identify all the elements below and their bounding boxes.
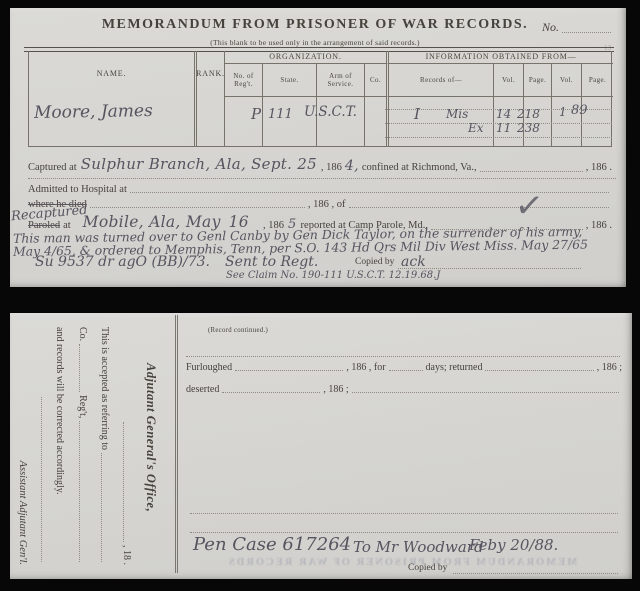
- side-date-suffix: , 18 .: [121, 545, 132, 565]
- hw-page-1a: 218: [517, 107, 540, 121]
- furloughed-year-for: , 186 , for: [346, 362, 385, 373]
- number-leader: [562, 31, 611, 33]
- hw-note-line-3b: Sent to Regt.: [225, 254, 318, 270]
- accepted-leader: [101, 453, 103, 562]
- hw-page-2a: 238: [517, 121, 540, 135]
- deserted-label: deserted: [186, 384, 219, 395]
- col-header-co: Co.: [364, 64, 386, 97]
- records-guide-line: [385, 137, 612, 138]
- furloughed-leader-2: [485, 369, 593, 371]
- captured-confined: confined at Richmond, Va.,: [362, 162, 477, 173]
- deserted-year-end: , 186 ;: [323, 384, 348, 395]
- side-regt-label: Reg't,: [77, 395, 88, 418]
- col-header-arm: Arm of Service.: [316, 64, 364, 97]
- hw-see-claim: See Claim No. 190-111 U.S.C.T. 12.19.68.…: [226, 270, 440, 281]
- hw-captured-year: 4,: [345, 158, 359, 174]
- signature-leader: [41, 397, 43, 562]
- hw-regiment: 111: [268, 107, 293, 122]
- checkmark-annotation: ✓: [513, 185, 546, 228]
- hw-date: Feby 20/88.: [469, 536, 558, 554]
- captured-label: Captured at: [28, 162, 77, 173]
- continuation-top-line: [186, 356, 620, 357]
- record-continued-label: (Record continued.): [188, 327, 288, 334]
- accepted-label: This is accepted as referring to: [99, 327, 110, 450]
- hw-copied-by-initials: ack: [401, 254, 426, 270]
- cell-rank: [194, 97, 224, 146]
- furloughed-year-end: , 186 ;: [597, 362, 622, 373]
- scanned-pow-record: MEMORANDUM FROM PRISONER OF WAR RECORDS.…: [0, 0, 640, 591]
- ghost-mirrored-title: MEMORANDUM FROM PRISONER OF WAR RECORDS: [178, 557, 626, 568]
- deserted-leader-1: [222, 391, 320, 393]
- col-header-vol-a: Vol.: [493, 64, 523, 97]
- furloughed-days-returned: days; returned: [426, 362, 483, 373]
- vertical-double-rule: [175, 315, 178, 573]
- side-signature-line: [39, 327, 43, 565]
- captured-year-print: , 186: [321, 162, 342, 173]
- col-header-page-a: Page.: [523, 64, 551, 97]
- col-header-records-of: Records of—: [386, 64, 493, 97]
- captured-leader: [480, 170, 583, 172]
- deserted-leader-2: [352, 391, 619, 393]
- adjutant-office-label: Adjutant General's Office,: [143, 363, 158, 512]
- side-signature-title-line: Assistant Adjutant Gen'l.: [17, 327, 28, 565]
- deserted-line: deserted , 186 ;: [186, 384, 622, 395]
- furloughed-leader-1: [235, 369, 343, 371]
- number-field: No.: [542, 20, 614, 35]
- captured-line: Captured at Sulphur Branch, Ala, Sept. 2…: [28, 156, 612, 174]
- died-year-of: , 186 , of: [308, 199, 346, 210]
- side-regt-leader: [79, 421, 81, 562]
- assistant-adjutant-label: Assistant Adjutant Gen'l.: [17, 461, 28, 565]
- furloughed-line: Furloughed , 186 , for days; returned , …: [186, 362, 622, 373]
- hw-company: I: [414, 105, 420, 123]
- section-divider: [28, 178, 616, 179]
- hw-state: U.S.C.T.: [304, 104, 357, 120]
- hw-rank: P: [251, 105, 261, 123]
- hw-vol-2a: 11: [496, 121, 511, 135]
- hw-vol-1a: 14: [496, 107, 511, 121]
- col-header-name: NAME.: [29, 51, 194, 97]
- side-date-leader: [123, 422, 125, 542]
- lower-guide-line-1: [190, 513, 618, 514]
- lower-guide-line-2: [190, 532, 618, 533]
- side-co-regt-line: Co. Reg't,: [77, 327, 88, 565]
- number-label: No.: [542, 20, 559, 35]
- side-accepted-line: This is accepted as referring to: [99, 327, 110, 565]
- hw-pen-case: Pen Case 617264: [193, 534, 351, 555]
- record-continuation-card: MEMORANDUM FROM PRISONER OF WAR RECORDS …: [10, 313, 632, 579]
- col-header-no-regt: No. of Reg't.: [224, 64, 262, 97]
- side-co-label: Co.: [77, 327, 88, 341]
- hw-vol-1b: 1: [559, 105, 567, 119]
- captured-year-end: , 186 .: [586, 162, 612, 173]
- copied-by-label: Copied by: [355, 257, 394, 267]
- col-header-rank: RANK.: [194, 51, 224, 97]
- bottom-copied-by-leader: [453, 573, 618, 574]
- col-header-page-b: Page.: [581, 64, 613, 97]
- col-header-vol-b: Vol.: [551, 64, 581, 97]
- hw-captured-place: Sulphur Branch, Ala, Sept. 25: [81, 155, 317, 173]
- hw-recipient: To Mr Woodward: [353, 538, 484, 556]
- side-corrected-line: and records will be corrected accordingl…: [54, 327, 65, 565]
- memorandum-card: MEMORANDUM FROM PRISONER OF WAR RECORDS.…: [10, 8, 626, 287]
- hw-page-1b: 89: [571, 103, 588, 118]
- col-header-organization: ORGANIZATION.: [224, 51, 386, 64]
- document-subtitle: (This blank to be used only in the arran…: [80, 38, 550, 47]
- acceptance-side-block: Adjutant General's Office, , 18 . This i…: [15, 317, 161, 575]
- hw-note-line-3a: Su 9537 dr agO (BB)/73.: [35, 254, 210, 270]
- cell-co: [364, 97, 386, 146]
- agu-office-line: Adjutant General's Office,: [143, 363, 158, 565]
- furloughed-days-leader: [389, 369, 423, 371]
- corrected-label: and records will be corrected accordingl…: [54, 327, 65, 495]
- died-leader-2: [349, 206, 609, 208]
- died-leader-1: [90, 206, 305, 208]
- col-header-state: State.: [262, 64, 316, 97]
- document-title: MEMORANDUM FROM PRISONER OF WAR RECORDS.: [80, 17, 550, 33]
- hw-name: Moore, James: [34, 101, 153, 123]
- side-date-line: , 18 .: [121, 327, 132, 565]
- hw-records-1: Mis: [446, 107, 468, 121]
- furloughed-label: Furloughed: [186, 362, 232, 373]
- hw-records-2: Ex: [468, 121, 484, 135]
- bottom-copied-by-label: Copied by: [408, 563, 447, 573]
- admitted-label: Admitted to Hospital at: [28, 184, 127, 195]
- side-co-leader: [79, 344, 81, 392]
- col-header-information: INFORMATION OBTAINED FROM—: [386, 51, 613, 64]
